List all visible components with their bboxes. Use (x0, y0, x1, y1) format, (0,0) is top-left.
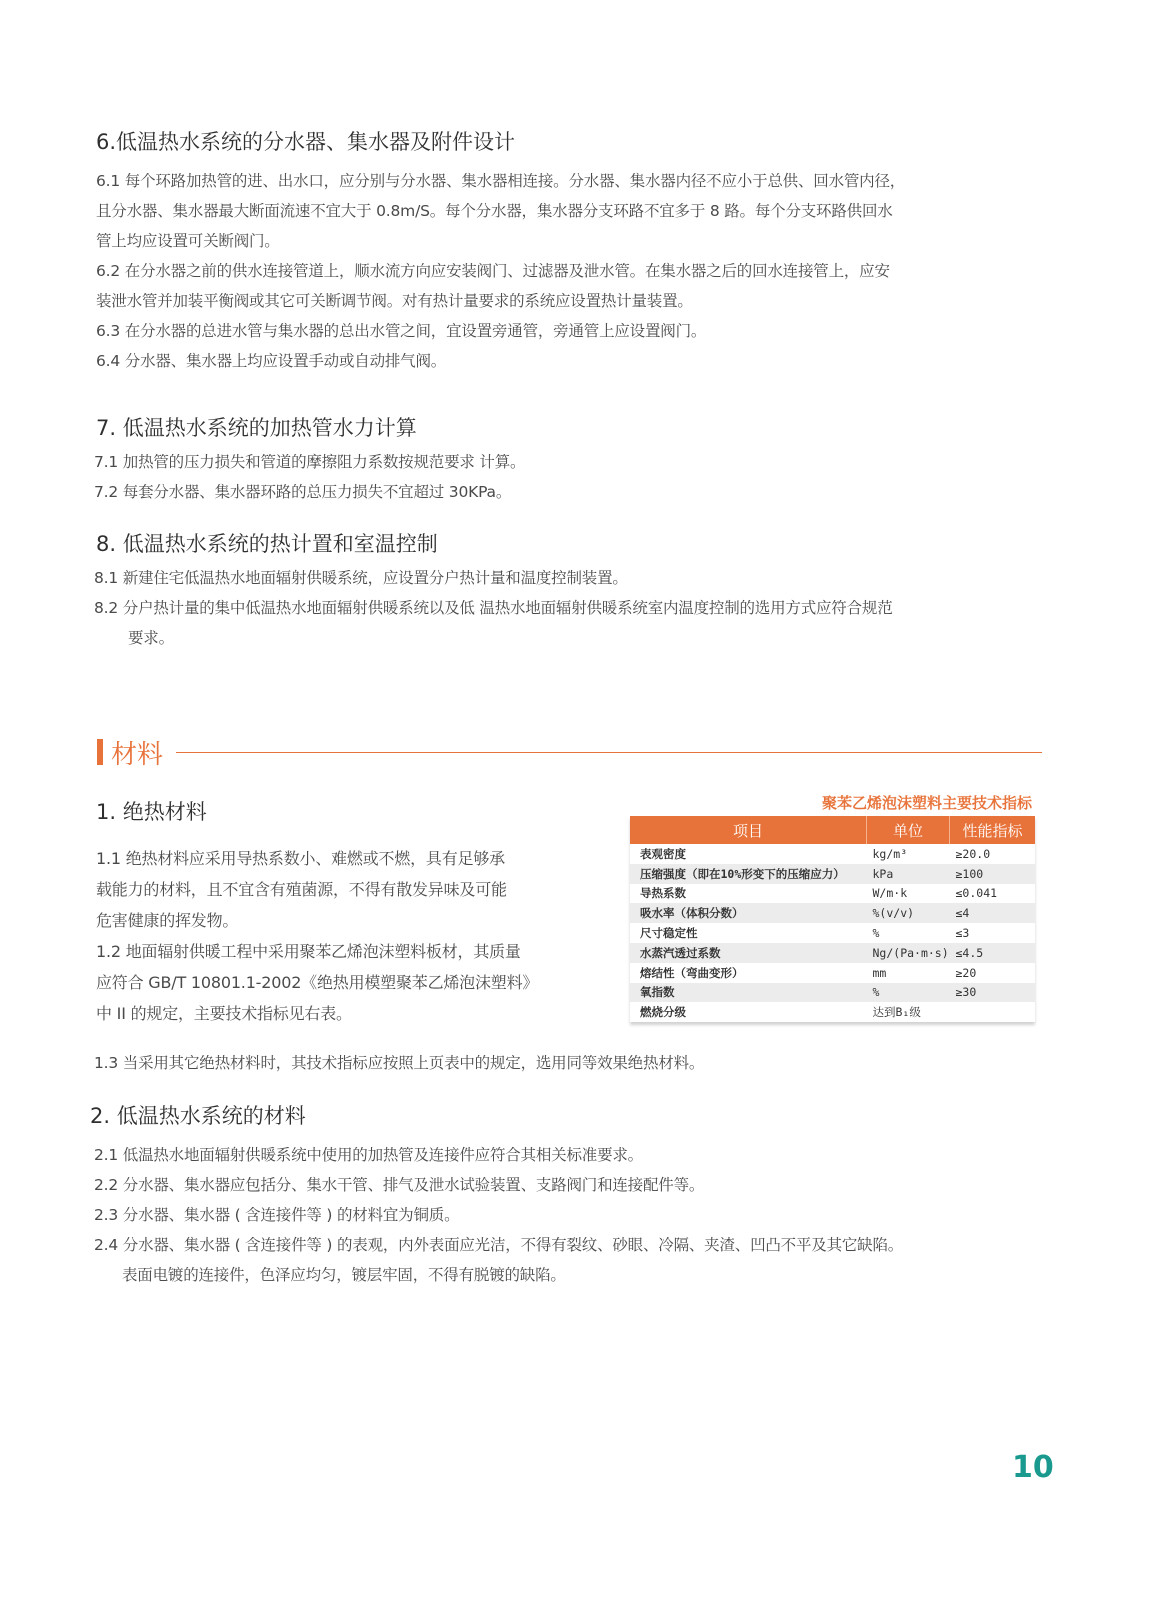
table-row: 燃烧分级 达到B₁级 (630, 1002, 1035, 1022)
paragraph-line: 6.4 分水器、集水器上均应设置手动或自动排气阀。 (96, 346, 905, 376)
cell-value: ≤3 (950, 923, 1036, 943)
table-row: 吸水率（体积分数） %(v/v) ≤4 (630, 903, 1035, 923)
table-row: 尺寸稳定性 % ≤3 (630, 923, 1035, 943)
cell-unit: kPa (867, 864, 950, 884)
section-divider-line (176, 752, 1042, 753)
cell-value: ≤4 (950, 903, 1036, 923)
paragraph-line: 6.2 在分水器之前的供水连接管道上，顺水流方向应安装阀门、过滤器及泄水管。在集… (96, 256, 905, 286)
paragraph-line: 应符合 GB/T 10801.1-2002《绝热用模塑聚苯乙烯泡沫塑料》 (96, 967, 538, 998)
page-number: 10 (1012, 1450, 1054, 1485)
paragraph-line: 且分水器、集水器最大断面流速不宜大于 0.8m/S。每个分水器，集水器分支环路不… (96, 196, 905, 226)
heading-system-materials: 2. 低温热水系统的材料 (90, 1100, 306, 1130)
cell-unit: W/m·k (867, 884, 950, 904)
cell-item: 表观密度 (630, 844, 867, 864)
table-row: 水蒸汽透过系数 Ng/(Pa·m·s) ≤4.5 (630, 943, 1035, 963)
heading-section-6: 6.低温热水系统的分水器、集水器及附件设计 (96, 126, 515, 156)
cell-value: ≥100 (950, 864, 1036, 884)
cell-value: ≥30 (950, 983, 1036, 1003)
table-row: 熔结性（弯曲变形） mm ≥20 (630, 963, 1035, 983)
cell-item: 熔结性（弯曲变形） (630, 963, 867, 983)
cell-item: 尺寸稳定性 (630, 923, 867, 943)
cell-value: ≤4.5 (950, 943, 1036, 963)
cell-unit: 达到B₁级 (867, 1002, 950, 1022)
column-header: 单位 (867, 816, 950, 844)
paragraph-line: 7.1 加热管的压力损失和管道的摩擦阻力系数按规范要求 计算。 (94, 447, 525, 477)
table-title: 聚苯乙烯泡沫塑料主要技术指标 (740, 792, 1032, 813)
spec-table: 项目 单位 性能指标 表观密度 kg/m³ ≥20.0 压缩强度（即在10%形变… (630, 816, 1035, 1022)
cell-unit: % (867, 923, 950, 943)
paragraph-line: 中 II 的规定，主要技术指标见右表。 (96, 998, 538, 1029)
cell-unit: % (867, 983, 950, 1003)
paragraph-line: 2.4 分水器、集水器 ( 含连接件等 ) 的表观，内外表面应光洁，不得有裂纹、… (94, 1230, 903, 1260)
heading-section-8: 8. 低温热水系统的热计置和室温控制 (96, 528, 438, 558)
cell-item: 水蒸汽透过系数 (630, 943, 867, 963)
heading-section-7: 7. 低温热水系统的加热管水力计算 (96, 412, 417, 442)
paragraph-line: 2.1 低温热水地面辐射供暖系统中使用的加热管及连接件应符合其相关标准要求。 (94, 1140, 903, 1170)
section-8-body: 8.1 新建住宅低温热水地面辐射供暖系统，应设置分户热计量和温度控制装置。 8.… (94, 563, 893, 653)
paragraph-line: 2.2 分水器、集水器应包括分、集水干管、排气及泄水试验装置、支路阀门和连接配件… (94, 1170, 903, 1200)
paragraph-line: 1.2 地面辐射供暖工程中采用聚苯乙烯泡沫塑料板材，其质量 (96, 936, 538, 967)
cell-value: ≤0.041 (950, 884, 1036, 904)
cell-item: 压缩强度（即在10%形变下的压缩应力） (630, 864, 867, 884)
paragraph-line: 6.1 每个环路加热管的进、出水口，应分别与分水器、集水器相连接。分水器、集水器… (96, 166, 905, 196)
cell-unit: kg/m³ (867, 844, 950, 864)
table-header-row: 项目 单位 性能指标 (630, 816, 1035, 844)
paragraph-line: 6.3 在分水器的总进水管与集水器的总出水管之间，宜设置旁通管，旁通管上应设置阀… (96, 316, 905, 346)
cell-item: 燃烧分级 (630, 1002, 867, 1022)
cell-item: 吸水率（体积分数） (630, 903, 867, 923)
system-materials-body: 2.1 低温热水地面辐射供暖系统中使用的加热管及连接件应符合其相关标准要求。 2… (94, 1140, 903, 1290)
table-row: 导热系数 W/m·k ≤0.041 (630, 884, 1035, 904)
table-row: 压缩强度（即在10%形变下的压缩应力） kPa ≥100 (630, 864, 1035, 884)
paragraph-line: 7.2 每套分水器、集水器环路的总压力损失不宜超过 30KPa。 (94, 477, 525, 507)
paragraph-line: 8.2 分户热计量的集中低温热水地面辐射供暖系统以及低 温热水地面辐射供暖系统室… (94, 593, 893, 623)
paragraph-line: 要求。 (94, 623, 893, 653)
cell-value: ≥20 (950, 963, 1036, 983)
section-7-body: 7.1 加热管的压力损失和管道的摩擦阻力系数按规范要求 计算。 7.2 每套分水… (94, 447, 525, 507)
table-row: 表观密度 kg/m³ ≥20.0 (630, 844, 1035, 864)
paragraph-line: 表面电镀的连接件，色泽应均匀，镀层牢固，不得有脱镀的缺陷。 (94, 1260, 903, 1290)
section-title-materials: 材料 (111, 734, 163, 771)
paragraph-line: 危害健康的挥发物。 (96, 905, 538, 936)
section-6-body: 6.1 每个环路加热管的进、出水口，应分别与分水器、集水器相连接。分水器、集水器… (96, 166, 905, 376)
heading-insulation-materials: 1. 绝热材料 (96, 796, 207, 826)
column-header: 性能指标 (950, 816, 1036, 844)
cell-unit: Ng/(Pa·m·s) (867, 943, 950, 963)
insulation-body: 1.1 绝热材料应采用导热系数小、难燃或不燃，具有足够承 载能力的材料，且不宜含… (96, 843, 538, 1029)
paragraph-line: 载能力的材料，且不宜含有殖菌源，不得有散发异味及可能 (96, 874, 538, 905)
paragraph-line: 装泄水管并加装平衡阀或其它可关断调节阀。对有热计量要求的系统应设置热计量装置。 (96, 286, 905, 316)
cell-item: 氧指数 (630, 983, 867, 1003)
cell-value (950, 1002, 1036, 1022)
paragraph-line: 8.1 新建住宅低温热水地面辐射供暖系统，应设置分户热计量和温度控制装置。 (94, 563, 893, 593)
paragraph-line: 2.3 分水器、集水器 ( 含连接件等 ) 的材料宜为铜质。 (94, 1200, 903, 1230)
column-header: 项目 (630, 816, 867, 844)
paragraph-line: 1.1 绝热材料应采用导热系数小、难燃或不燃，具有足够承 (96, 843, 538, 874)
cell-unit: mm (867, 963, 950, 983)
cell-unit: %(v/v) (867, 903, 950, 923)
paragraph-line: 管上均应设置可关断阀门。 (96, 226, 905, 256)
section-marker-bar (97, 739, 103, 765)
paragraph-line: 1.3 当采用其它绝热材料时，其技术指标应按照上页表中的规定，选用同等效果绝热材… (94, 1048, 704, 1078)
cell-item: 导热系数 (630, 884, 867, 904)
cell-value: ≥20.0 (950, 844, 1036, 864)
table-row: 氧指数 % ≥30 (630, 983, 1035, 1003)
